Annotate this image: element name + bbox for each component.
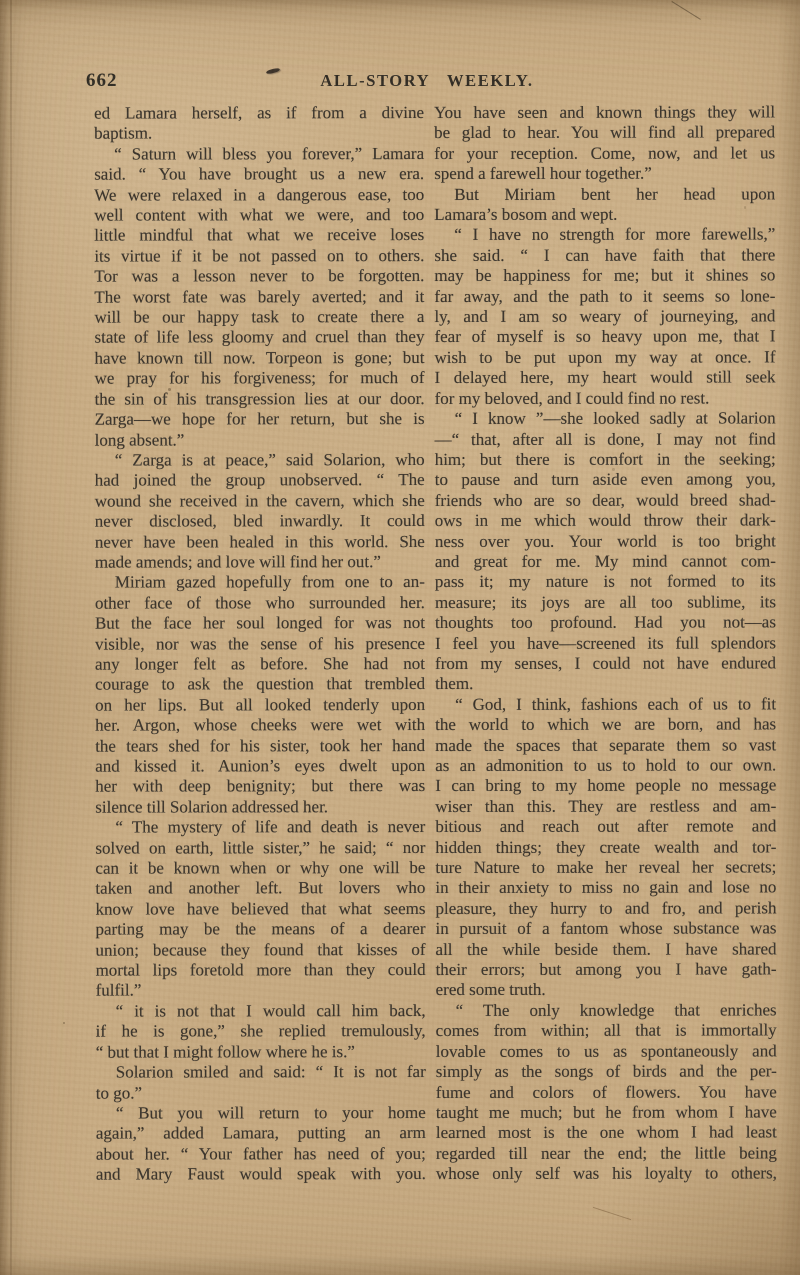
text-line: her with deep benignity; but there was bbox=[95, 776, 425, 797]
text-line: Lamara’s bosom and wept. bbox=[434, 204, 775, 225]
text-line: the sin of his transgression lies at our… bbox=[95, 389, 425, 410]
text-line: wish to be put upon my way at once. If bbox=[434, 347, 775, 368]
text-line: mortal lips foretold more than they coul… bbox=[96, 960, 426, 981]
text-line: thoughts too profound. Had you not—as bbox=[435, 613, 776, 634]
text-line: never disclosed, bled inwardly. It could bbox=[95, 511, 425, 532]
text-line: to go.” bbox=[96, 1083, 426, 1104]
text-line: taught me much; but he from whom I have bbox=[436, 1102, 777, 1123]
text-line: the tears shed for his sister, took her … bbox=[95, 736, 425, 757]
text-line: hidden things; they create wealth and to… bbox=[435, 837, 776, 858]
text-line: little mindful that what we receive lose… bbox=[94, 225, 424, 246]
text-line: simply as the songs of birds and the per… bbox=[436, 1061, 777, 1082]
text-line: solved on earth, little sister,” he said… bbox=[95, 838, 425, 859]
text-line: fulfil.” bbox=[96, 980, 426, 1001]
text-line: in pursuit of a fantom whose substance w… bbox=[435, 919, 776, 940]
text-line: him; but there is comfort in the seeking… bbox=[435, 449, 776, 470]
text-line: again,” added Lamara, putting an arm bbox=[96, 1123, 426, 1144]
text-line: “ but that I might follow where he is.” bbox=[96, 1042, 426, 1063]
text-line: her. Argon, whose cheeks were wet with bbox=[95, 715, 425, 736]
paragraph: “ But you will return to your homeagain,… bbox=[96, 1103, 426, 1185]
paper-speck bbox=[63, 1022, 65, 1024]
text-line: But Miriam bent her head upon bbox=[434, 184, 775, 205]
text-line: never have been healed in this world. Sh… bbox=[95, 532, 425, 553]
text-line: and great for me. My mind cannot com- bbox=[435, 551, 776, 572]
text-line: its virtue if it be not passed on to oth… bbox=[94, 246, 424, 267]
text-line: fume and colors of flowers. You have bbox=[436, 1082, 777, 1103]
text-line: I feel you have—screened its full splend… bbox=[435, 633, 776, 654]
text-line: I delayed here, my heart would still see… bbox=[435, 368, 776, 389]
text-line: state of life less gloomy and cruel than… bbox=[94, 327, 424, 348]
text-line: friends who are so dear, would breed sha… bbox=[435, 490, 776, 511]
paragraph: “ The only knowledge that enrichescomes … bbox=[436, 1000, 777, 1184]
text-line: other face of those who surrounded her. bbox=[95, 593, 425, 614]
text-line: parting may be the means of a dearer bbox=[95, 919, 425, 940]
text-line: in their anxiety to miss no gain and los… bbox=[435, 878, 776, 899]
text-line: “ I have no strength for more farewells,… bbox=[434, 225, 775, 246]
text-line: can it be known when or why one will be bbox=[95, 858, 425, 879]
text-line: ly, and I am so weary of journeying, and bbox=[434, 306, 775, 327]
text-line: know love have believed that what seems bbox=[95, 899, 425, 920]
paragraph: Solarion smiled and said: “ It is not fa… bbox=[96, 1062, 426, 1103]
scratch-mark bbox=[671, 1, 700, 20]
magazine-page-scan: 662 ALL-STORY WEEKLY. ed Lamara herself,… bbox=[0, 0, 800, 1275]
text-line: them. bbox=[435, 674, 776, 695]
text-line: said. “ You have brought us a new era. bbox=[94, 164, 424, 185]
text-line: will be our happy task to create there a bbox=[94, 307, 424, 328]
paragraph: You have seen and known things they will… bbox=[434, 102, 775, 184]
text-line: wound she received in the cavern, which … bbox=[95, 491, 425, 512]
text-line: baptism. bbox=[94, 123, 424, 144]
text-line: well content with what we were, and too bbox=[94, 205, 424, 226]
text-line: “ Saturn will bless you forever,” Lamara bbox=[94, 144, 424, 165]
text-line: taken and another left. But lovers who bbox=[95, 878, 425, 899]
text-line: regarded till near the end; the little b… bbox=[436, 1143, 777, 1164]
text-line: learned most is the one whom I had least bbox=[436, 1123, 777, 1144]
text-line: Miriam gazed hopefully from one to an- bbox=[95, 572, 425, 593]
text-line: fear of myself is so heavy upon me, that… bbox=[434, 327, 775, 348]
text-line: “ But you will return to your home bbox=[96, 1103, 426, 1124]
paragraph: But Miriam bent her head uponLamara’s bo… bbox=[434, 184, 775, 225]
text-line: Tor was a lesson never to be forgotten. bbox=[94, 266, 424, 287]
page-header: 662 ALL-STORY WEEKLY. bbox=[86, 70, 778, 96]
column-right: You have seen and known things they will… bbox=[434, 102, 777, 1184]
text-line: for your reception. Come, now, and let u… bbox=[434, 143, 775, 164]
text-line: I can bring to my home people no message bbox=[435, 776, 776, 797]
text-line: Solarion smiled and said: “ It is not fa… bbox=[96, 1062, 426, 1083]
text-line: on her lips. But all looked tenderly upo… bbox=[95, 695, 425, 716]
scratch-mark bbox=[593, 1207, 631, 1220]
text-line: and Mary Faust would speak with you. bbox=[96, 1164, 426, 1185]
text-line: made the spaces that separate them so va… bbox=[435, 735, 776, 756]
paragraph: “ I know ”—she looked sadly at Solarion—… bbox=[435, 408, 776, 694]
text-line: silence till Solarion addressed her. bbox=[95, 797, 425, 818]
text-line: spend a farewell hour together.” bbox=[434, 164, 775, 185]
text-line: ered some truth. bbox=[436, 980, 777, 1001]
page-edge-crease bbox=[10, 0, 12, 1275]
text-line: pleasure, they hurry to and fro, and per… bbox=[435, 898, 776, 919]
paragraph: “ it is not that I would call him back,i… bbox=[96, 1001, 426, 1063]
text-line: if he is gone,” she replied tremulously, bbox=[96, 1021, 426, 1042]
text-line: as an admonition to us to hold to our ow… bbox=[435, 755, 776, 776]
text-line: You have seen and known things they will bbox=[434, 102, 775, 123]
text-line: and kissed it. Aunion’s eyes dwelt upon bbox=[95, 756, 425, 777]
text-line: the world to which we are born, and has bbox=[435, 715, 776, 736]
text-line: have known till now. Torpeon is gone; bu… bbox=[94, 348, 424, 369]
text-line: comes from within; all that is immortall… bbox=[436, 1021, 777, 1042]
text-line: lovable comes to us as spontaneously and bbox=[436, 1041, 777, 1062]
text-line: “ I know ”—she looked sadly at Solarion bbox=[435, 408, 776, 429]
text-line: The worst fate was barely averted; and i… bbox=[94, 287, 424, 308]
text-line: —“ that, after all is done, I may not fi… bbox=[435, 429, 776, 450]
text-line: we pray for his forgiveness; for much of bbox=[95, 368, 425, 389]
text-line: their errors; but among you I have gath- bbox=[436, 959, 777, 980]
text-line: she said. “ I can have faith that there bbox=[434, 245, 775, 266]
text-line: far away, and the path to it seems so lo… bbox=[434, 286, 775, 307]
paragraph: “ The mystery of life and death is never… bbox=[95, 817, 425, 1001]
paragraph: “ Zarga is at peace,” said Solarion, who… bbox=[95, 450, 425, 573]
text-line: We were relaxed in a dangerous ease, too bbox=[94, 185, 424, 206]
text-line: “ Zarga is at peace,” said Solarion, who bbox=[95, 450, 425, 471]
text-line: But the face her soul longed for was not bbox=[95, 613, 425, 634]
text-line: to pause and turn aside even among you, bbox=[435, 470, 776, 491]
paragraph: “ Saturn will bless you forever,” Lamara… bbox=[94, 144, 425, 451]
paragraph: ed Lamara herself, as if from a divineba… bbox=[94, 103, 424, 144]
text-line: all the while beside them. I have shared bbox=[436, 939, 777, 960]
text-line: “ The only knowledge that enriches bbox=[436, 1000, 777, 1021]
column-left: ed Lamara herself, as if from a divineba… bbox=[94, 103, 426, 1185]
text-line: bitious and reach out after remote and bbox=[435, 817, 776, 838]
text-line: ture Nature to make her reveal her secre… bbox=[435, 857, 776, 878]
text-line: wiser than this. They are restless and a… bbox=[435, 796, 776, 817]
text-line: made amends; and love will find her out.… bbox=[95, 552, 425, 573]
text-line: may be happiness for me; but it shines s… bbox=[434, 266, 775, 287]
text-line: for my beloved, and I could find no rest… bbox=[435, 388, 776, 409]
text-line: “ it is not that I would call him back, bbox=[96, 1001, 426, 1022]
text-line: long absent.” bbox=[95, 430, 425, 451]
text-line: about her. “ Your father has need of you… bbox=[96, 1144, 426, 1165]
text-line: be glad to hear. You will find all prepa… bbox=[434, 123, 775, 144]
paragraph: Miriam gazed hopefully from one to an-ot… bbox=[95, 572, 425, 817]
text-line: ed Lamara herself, as if from a divine bbox=[94, 103, 424, 124]
text-line: visible, nor was the sense of his presen… bbox=[95, 634, 425, 655]
text-line: measure; its joys are all too sublime, i… bbox=[435, 592, 776, 613]
page-body: ed Lamara herself, as if from a divineba… bbox=[94, 102, 777, 1185]
text-line: Zarga—we hope for her return, but she is bbox=[95, 409, 425, 430]
text-line: whose only self was his loyalty to other… bbox=[436, 1164, 777, 1185]
text-line: courage to ask the question that tremble… bbox=[95, 674, 425, 695]
text-line: ness over you. Your world is too bright bbox=[435, 531, 776, 552]
text-line: pass it; my nature is not formed to its bbox=[435, 572, 776, 593]
journal-title: ALL-STORY WEEKLY. bbox=[86, 71, 768, 91]
text-line: ows in me which would throw their dark- bbox=[435, 511, 776, 532]
paragraph: “ I have no strength for more farewells,… bbox=[434, 225, 775, 409]
text-line: had joined the group unobserved. “ The bbox=[95, 470, 425, 491]
text-line: “ God, I think, fashions each of us to f… bbox=[435, 694, 776, 715]
text-line: union; because they found that kisses of bbox=[96, 940, 426, 961]
text-line: from my senses, I could not have endured bbox=[435, 653, 776, 674]
paragraph: “ God, I think, fashions each of us to f… bbox=[435, 694, 777, 1001]
text-line: “ The mystery of life and death is never bbox=[95, 817, 425, 838]
text-line: any longer felt as before. She had not bbox=[95, 654, 425, 675]
